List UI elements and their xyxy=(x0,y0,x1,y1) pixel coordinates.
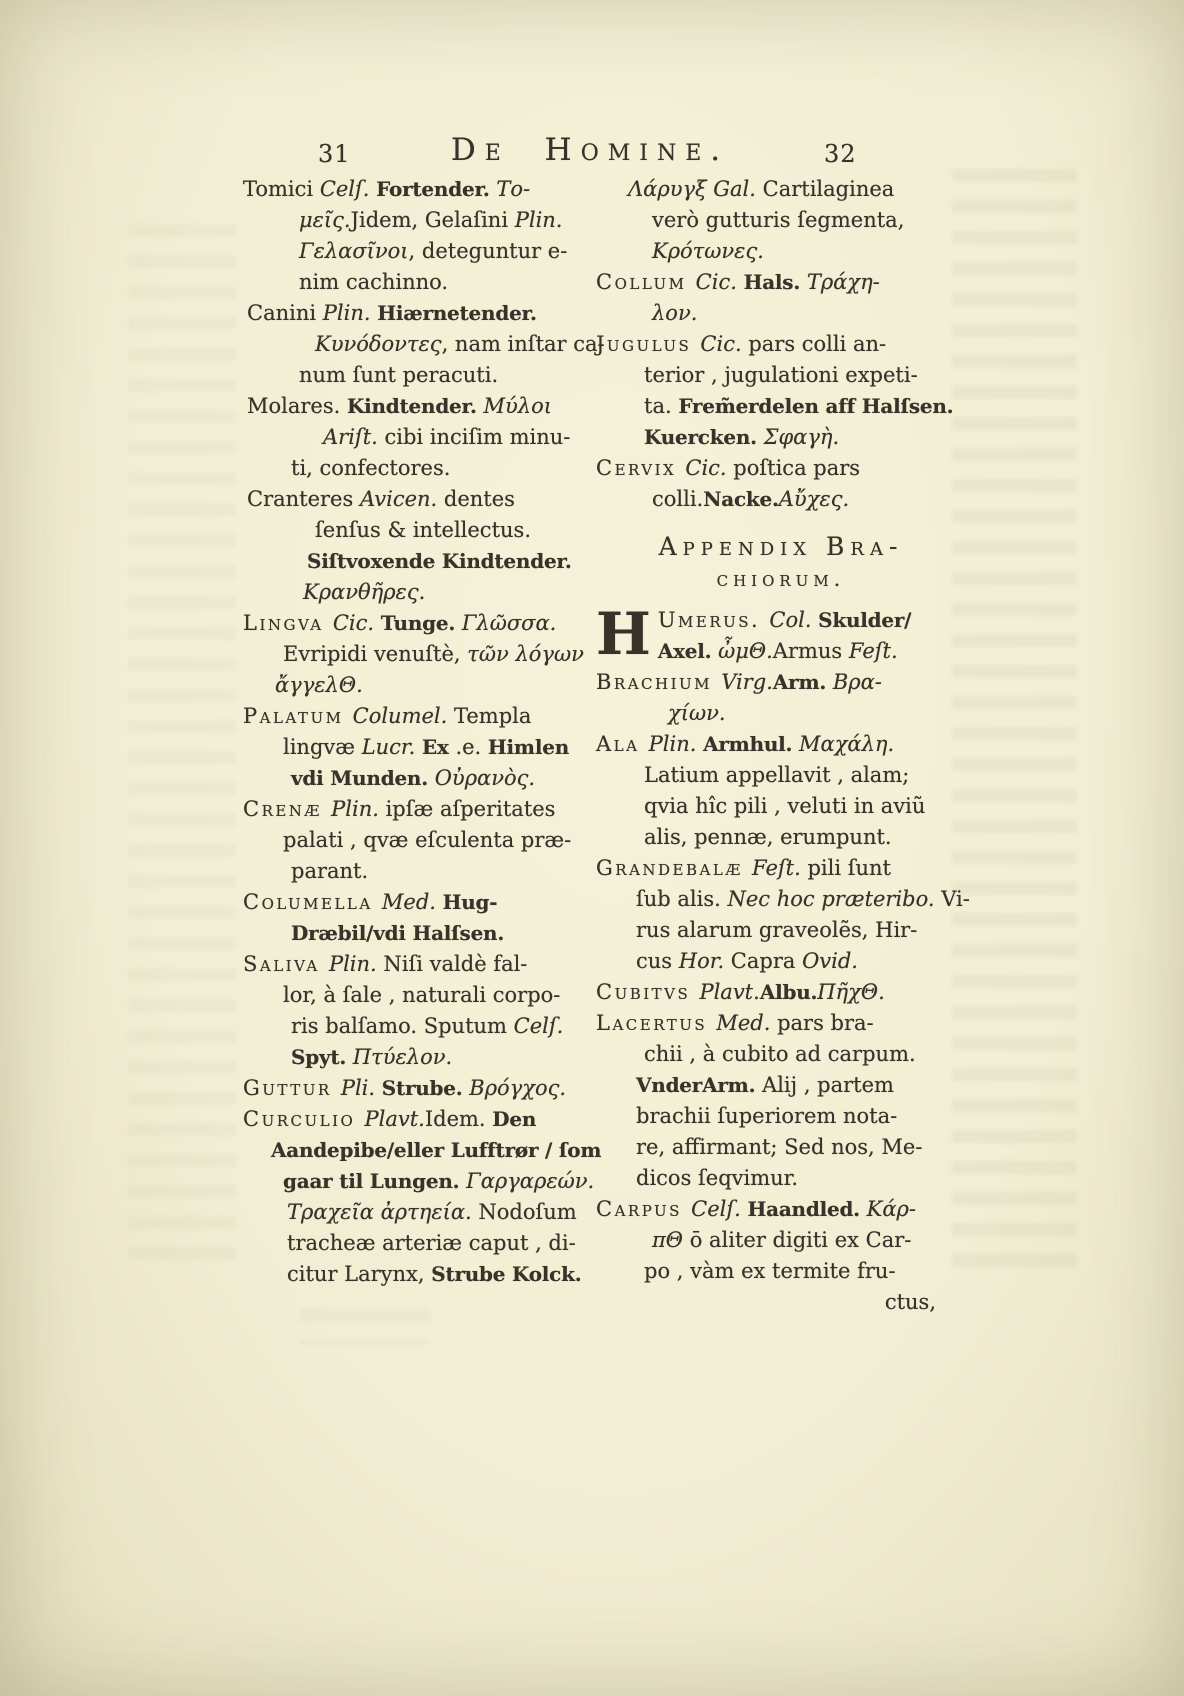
text-segment-gk: ΠῆχΘ. xyxy=(817,980,885,1004)
text-line: chii , à cubito ad carpum. xyxy=(644,1039,966,1070)
entry-cranteres: Cranteres Avicen. dentesſenſus & intelle… xyxy=(243,484,593,608)
text-line: dicos ſeqvimur. xyxy=(636,1163,966,1194)
text-segment-it: Med. xyxy=(382,890,443,914)
text-segment-rm: tracheæ arteriæ caput , di- xyxy=(287,1231,576,1255)
text-segment-rm: num ſunt peracuti. xyxy=(299,363,498,387)
text-segment-rm: Niſi valdè fal- xyxy=(383,952,527,976)
text-segment-gk: Βρα- xyxy=(833,670,882,694)
text-line: re, affirmant; Sed nos, Me- xyxy=(636,1132,966,1163)
text-segment-rm: nim cachinno. xyxy=(299,270,448,294)
text-segment-gk: Γελασῖνοι xyxy=(299,239,409,263)
text-line: tracheæ arteriæ caput , di- xyxy=(287,1228,593,1259)
text-segment-it: Feſt. xyxy=(849,639,898,663)
entry-crenae: Crenæ Plin. ipſæ aſperitatespalati , qvæ… xyxy=(243,794,593,887)
text-segment-rm: Cartilaginea xyxy=(763,177,895,201)
text-line: num ſunt peracuti. xyxy=(299,360,593,391)
text-segment-fr: Skulder/ xyxy=(818,608,911,632)
text-segment-gk: Μύλοι xyxy=(484,394,552,418)
text-segment-rm: ſenſus & intellectus. xyxy=(315,518,531,542)
entry-ala: Ala Plin. Armhul. Μαχάλη.Latium appellav… xyxy=(596,729,966,853)
entry-collum: Collum Cic. Hals. Τράχη-λον. xyxy=(596,267,966,329)
text-segment-fr: Albu. xyxy=(760,980,817,1004)
text-segment-it: Cic. xyxy=(696,270,744,294)
text-segment-fr: Aandepibe/eller Lufftrør / ſom xyxy=(271,1138,601,1162)
text-segment-rm: Idem. xyxy=(425,1107,492,1131)
text-line: lingvæ Lucr. Ex .e. Himlen xyxy=(283,732,593,763)
text-segment-fr: Himlen xyxy=(488,735,569,759)
text-segment-fr: Ex xyxy=(422,735,455,759)
text-segment-it: Feſt. xyxy=(752,856,807,880)
text-segment-fr: Kuercken. xyxy=(644,425,764,449)
text-segment-fr: Axel. xyxy=(658,639,718,663)
text-segment-gk: Πτύελον. xyxy=(353,1045,452,1069)
text-segment-rm: Latium appellavit , alam; xyxy=(644,763,909,787)
text-line: Carpus Celſ. Haandled. Κάρ- xyxy=(596,1194,966,1225)
text-segment-gk: λον. xyxy=(652,301,697,325)
text-segment-rm: Capra xyxy=(731,949,802,973)
text-segment-fr: Arm. xyxy=(773,670,833,694)
entry-lingva: Lingva Cic. Tunge. Γλῶσσα.Evripidi venuſ… xyxy=(243,608,593,701)
text-segment-fr: gaar til Lungen. xyxy=(283,1169,466,1193)
text-line: citur Larynx, Strube Kolck. xyxy=(287,1259,593,1290)
drop-cap-initial: H xyxy=(596,608,651,660)
text-segment-gk: πΘ xyxy=(652,1228,690,1252)
text-column-left: Tomici Celſ. Fortender. Το-μεῖς.Jidem, G… xyxy=(243,174,593,1290)
text-segment-hw: Curculio xyxy=(243,1107,364,1131)
text-segment-fr: Nacke. xyxy=(703,487,779,511)
page-number-right: 32 xyxy=(824,140,857,168)
text-segment-rm: brachii ſuperiorem nota- xyxy=(636,1104,897,1128)
entry-saliva: Saliva Plin. Niſi valdè fal-lor, à ſale … xyxy=(243,949,593,1073)
text-line: Brachium Virg.Arm. Βρα- xyxy=(596,667,966,698)
text-line: Γελασῖνοι, deteguntur e- xyxy=(299,236,593,267)
text-line: Latium appellavit , alam; xyxy=(644,760,966,791)
text-segment-hw: Crenæ xyxy=(243,797,331,821)
text-segment-it: Celſ. xyxy=(320,177,376,201)
text-segment-gk: Γλῶσσα. xyxy=(462,611,557,635)
text-line: Κρότωνες. xyxy=(652,236,966,267)
text-line: Collum Cic. Hals. Τράχη- xyxy=(596,267,966,298)
text-segment-it: Plin. xyxy=(515,208,563,232)
text-segment-rm: ta. xyxy=(644,394,678,418)
text-segment-rm: parant. xyxy=(291,859,368,883)
text-segment-rm: poſtica pars xyxy=(733,456,860,480)
entry-humerus: HUmerus. Col. Skulder/Axel. ὦμΘ.Armus Fe… xyxy=(596,605,966,667)
text-line: ſub alis. Nec hoc præteribo. Vi- xyxy=(636,884,966,915)
text-segment-it: Pli. xyxy=(341,1076,382,1100)
text-segment-gk: Γαργαρεών. xyxy=(466,1169,594,1193)
bleedthrough-ghost-text-left-margin xyxy=(128,215,236,1275)
text-segment-hw: Umerus. xyxy=(658,608,770,632)
text-line: Ala Plin. Armhul. Μαχάλη. xyxy=(596,729,966,760)
text-line: Saliva Plin. Niſi valdè fal- xyxy=(243,949,593,980)
text-line: Cranteres Avicen. dentes xyxy=(247,484,593,515)
text-segment-it: Ariſt. xyxy=(323,425,384,449)
text-segment-fr: Haandled. xyxy=(747,1197,866,1221)
text-segment-it: Ovid. xyxy=(802,949,858,973)
text-line: Τραχεῖα ἀρτηεία. Nodoſum xyxy=(287,1197,593,1228)
text-line: Jugulus Cic. pars colli an- xyxy=(596,329,966,360)
text-segment-hw: Jugulus xyxy=(596,332,700,356)
text-segment-rm: Nodoſum xyxy=(478,1200,576,1224)
text-segment-it: Columel. xyxy=(353,704,454,728)
text-segment-fr: Strube Kolck. xyxy=(431,1262,581,1286)
text-line: Tomici Celſ. Fortender. Το- xyxy=(243,174,593,205)
text-line: Molares. Kindtender. Μύλοι xyxy=(247,391,593,422)
text-segment-gk: Κάρ- xyxy=(867,1197,916,1221)
text-line: Aandepibe/eller Lufftrør / ſom xyxy=(271,1135,593,1166)
text-line: Umerus. Col. Skulder/ xyxy=(596,605,966,636)
text-segment-fr: Siſtvoxende Kindtender. xyxy=(307,549,572,573)
text-segment-rm: ō aliter digiti ex Car- xyxy=(690,1228,912,1252)
text-line: alis, pennæ, erumpunt. xyxy=(644,822,966,853)
text-segment-it: Plin. xyxy=(323,301,377,325)
text-line: Crenæ Plin. ipſæ aſperitates xyxy=(243,794,593,825)
text-segment-fr: VnderArm. xyxy=(636,1073,762,1097)
text-line: Evripidi venuſtè, τῶν λόγων xyxy=(283,639,593,670)
text-line: VnderArm. Alij , partem xyxy=(636,1070,966,1101)
text-segment-rm: alis, pennæ, erumpunt. xyxy=(644,825,892,849)
text-segment-rm: dentes xyxy=(444,487,515,511)
text-segment-fr: Hals. xyxy=(744,270,807,294)
text-line: colli.Nacke.Αὔχες. xyxy=(652,484,966,515)
text-line: Lingva Cic. Tunge. Γλῶσσα. xyxy=(243,608,593,639)
text-segment-fr: Kindtender. xyxy=(347,394,484,418)
text-segment-it: Cic. xyxy=(685,456,733,480)
text-segment-fr: Spyt. xyxy=(291,1045,353,1069)
text-segment-it: Celſ. xyxy=(691,1197,747,1221)
text-segment-gk: Αὔχες. xyxy=(779,487,849,511)
text-line: vdi Munden. Οὐρανὸς. xyxy=(291,763,593,794)
text-line: Spyt. Πτύελον. xyxy=(291,1042,593,1073)
text-segment-rm: Molares. xyxy=(247,394,347,418)
text-segment-fr: Frem̃erdelen aff Halſsen. xyxy=(678,394,953,418)
text-line: terior , jugulationi expeti- xyxy=(644,360,966,391)
text-line: Cervix Cic. poſtica pars xyxy=(596,453,966,484)
entry-carpus: Carpus Celſ. Haandled. Κάρ-πΘ ō aliter d… xyxy=(596,1194,966,1287)
text-line: Appendix Bra- xyxy=(596,531,966,564)
text-segment-gk: Το- xyxy=(496,177,530,201)
text-segment-rm: pars colli an- xyxy=(748,332,886,356)
running-title: De Homine. xyxy=(330,132,850,168)
entry-brachium: Brachium Virg.Arm. Βρα-χίων. xyxy=(596,667,966,729)
text-line: brachii ſuperiorem nota- xyxy=(636,1101,966,1132)
text-segment-hw: Palatum xyxy=(243,704,353,728)
text-segment-rm: citur Larynx, xyxy=(287,1262,431,1286)
text-segment-it: Gal. xyxy=(713,177,762,201)
text-segment-hw: Saliva xyxy=(243,952,329,976)
text-segment-rm: Evripidi venuſtè, xyxy=(283,642,467,666)
text-segment-rm: Vi- xyxy=(941,887,970,911)
text-line: parant. xyxy=(291,856,593,887)
text-segment-rm: cus xyxy=(636,949,679,973)
entry-columella: Columella Med. Hug-Dræbil/vdi Halſsen. xyxy=(243,887,593,949)
text-segment-gk: Βρόγχος. xyxy=(469,1076,566,1100)
text-segment-it: Lucr. xyxy=(362,735,422,759)
text-line: verò gutturis ſegmenta, xyxy=(652,205,966,236)
text-line: λον. xyxy=(652,298,966,329)
text-line: rus alarum graveolẽs, Hir- xyxy=(636,915,966,946)
entry-catchword: ctus, xyxy=(596,1287,966,1318)
text-segment-hw: Columella xyxy=(243,890,382,914)
text-segment-gk: ὦμΘ. xyxy=(718,639,773,663)
text-segment-rm: ti, confectores. xyxy=(291,456,450,480)
text-line: πΘ ō aliter digiti ex Car- xyxy=(652,1225,966,1256)
text-segment-rm: pili ſunt xyxy=(807,856,891,880)
text-segment-rm: ipſæ aſperitates xyxy=(386,797,556,821)
text-segment-gk: Τραχεῖα ἀρτηεία. xyxy=(287,1200,478,1224)
text-line: Curculio Plavt.Idem. Den xyxy=(243,1104,593,1135)
text-line: μεῖς.Jidem, Gelaſini Plin. xyxy=(299,205,593,236)
text-segment-it: Virg. xyxy=(721,670,773,694)
text-segment-fr: vdi Munden. xyxy=(291,766,435,790)
text-segment-gk: Σφαγὴ. xyxy=(764,425,840,449)
text-segment-gk: Οὐρανὸς. xyxy=(435,766,535,790)
bleedthrough-ghost-text-right-margin xyxy=(952,160,1077,1280)
text-segment-gk: Λάρυγξ xyxy=(628,177,713,201)
text-segment-it: Plin. xyxy=(331,797,385,821)
entry-appendix-brachiorum: Appendix Bra-chiorum. xyxy=(596,531,966,595)
text-segment-it: Celſ. xyxy=(514,1014,564,1038)
text-segment-gk: Μαχάλη. xyxy=(799,732,894,756)
entry-cervix: Cervix Cic. poſtica parscolli.Nacke.Αὔχε… xyxy=(596,453,966,515)
text-segment-fr: Fortender. xyxy=(376,177,496,201)
text-line: ti, confectores. xyxy=(291,453,593,484)
text-segment-it: Med. xyxy=(716,1011,777,1035)
entry-canini: Canini Plin. Hiærnetender.Κυνόδοντες, na… xyxy=(243,298,593,391)
text-segment-fr: Strube. xyxy=(382,1076,470,1100)
text-line: Cubitvs Plavt.Albu.ΠῆχΘ. xyxy=(596,977,966,1008)
text-segment-rm: lingvæ xyxy=(283,735,362,759)
text-segment-rm: .e. xyxy=(455,735,487,759)
text-line: Siſtvoxende Kindtender. xyxy=(307,546,593,577)
text-segment-hw: Carpus xyxy=(596,1197,691,1221)
text-segment-hw: Lingva xyxy=(243,611,333,635)
text-line: Dræbil/vdi Halſsen. xyxy=(291,918,593,949)
text-segment-rm: ctus, xyxy=(885,1290,936,1314)
text-segment-rm: ris balſamo. Sputum xyxy=(291,1014,514,1038)
text-segment-rm: dicos ſeqvimur. xyxy=(636,1166,798,1190)
entry-grandebalae: Grandebalæ Feſt. pili ſuntſub alis. Nec … xyxy=(596,853,966,977)
text-segment-rm: Cranteres xyxy=(247,487,360,511)
text-segment-rm: ſub alis. xyxy=(636,887,728,911)
entry-molares: Molares. Kindtender. ΜύλοιAriſt. cibi in… xyxy=(243,391,593,484)
text-line: cus Hor. Capra Ovid. xyxy=(636,946,966,977)
entry-guttur: Guttur Pli. Strube. Βρόγχος. xyxy=(243,1073,593,1104)
text-segment-hw: Guttur xyxy=(243,1076,341,1100)
text-line: Κυνόδοντες, nam inſtar ca- xyxy=(315,329,593,360)
text-segment-it: Cic. xyxy=(333,611,381,635)
text-line: Κρανθῆρες. xyxy=(303,577,593,608)
text-segment-gk: Κρότωνες. xyxy=(652,239,764,263)
text-segment-gk: Τράχη- xyxy=(807,270,880,294)
text-line: Lacertus Med. pars bra- xyxy=(596,1008,966,1039)
text-segment-hd2: chiorum. xyxy=(717,567,846,591)
text-line: ta. Frem̃erdelen aff Halſsen. xyxy=(644,391,966,422)
text-line: Kuercken. Σφαγὴ. xyxy=(644,422,966,453)
text-line: Columella Med. Hug- xyxy=(243,887,593,918)
text-segment-rm: Alij , partem xyxy=(762,1073,894,1097)
text-segment-rm: , nam inſtar ca- xyxy=(442,332,605,356)
text-segment-rm: re, affirmant; Sed nos, Me- xyxy=(636,1135,922,1159)
text-segment-hw: Lacertus xyxy=(596,1011,716,1035)
text-segment-rm: po , vàm ex termite fru- xyxy=(644,1259,896,1283)
text-line: palati , qvæ eſculenta præ- xyxy=(283,825,593,856)
text-line: qvia hîc pili , veluti in aviũ xyxy=(644,791,966,822)
text-segment-rm: rus alarum graveolẽs, Hir- xyxy=(636,918,917,942)
text-segment-gk: ἄγγελΘ. xyxy=(275,673,363,697)
text-line: Λάρυγξ Gal. Cartilaginea xyxy=(628,174,966,205)
entry-lacertus: Lacertus Med. pars bra-chii , à cubito a… xyxy=(596,1008,966,1194)
text-segment-rm: Jidem, Gelaſini xyxy=(351,208,515,232)
entry-cubitvs: Cubitvs Plavt.Albu.ΠῆχΘ. xyxy=(596,977,966,1008)
text-segment-rm: Canini xyxy=(247,301,323,325)
text-line: Canini Plin. Hiærnetender. xyxy=(247,298,593,329)
text-segment-it: Plavt. xyxy=(699,980,759,1004)
text-line: ctus, xyxy=(596,1287,966,1318)
text-segment-rm: palati , qvæ eſculenta præ- xyxy=(283,828,571,852)
text-segment-fr: Tunge. xyxy=(381,611,462,635)
text-segment-hd: Appendix Bra- xyxy=(659,532,904,561)
text-column-right: Λάρυγξ Gal. Cartilagineaverò gutturis ſe… xyxy=(596,174,966,1318)
text-segment-rm: lor, à ſale , naturali corpo- xyxy=(283,983,560,1007)
text-segment-fr: Hiærnetender. xyxy=(377,301,537,325)
text-segment-it: Cic. xyxy=(700,332,748,356)
text-segment-hw: Cubitvs xyxy=(596,980,699,1004)
text-line: Axel. ὦμΘ.Armus Feſt. xyxy=(596,636,966,667)
text-line: nim cachinno. xyxy=(299,267,593,298)
text-segment-gk: μεῖς. xyxy=(299,208,351,232)
text-segment-it: Plin. xyxy=(649,732,703,756)
text-segment-gk: Κυνόδοντες xyxy=(315,332,442,356)
text-line: chiorum. xyxy=(596,564,966,595)
text-segment-it: Avicen. xyxy=(360,487,444,511)
text-line: ris balſamo. Sputum Celſ. xyxy=(291,1011,593,1042)
text-segment-fr: Armhul. xyxy=(703,732,799,756)
text-segment-it: Plin. xyxy=(329,952,383,976)
entry-larynx: Λάρυγξ Gal. Cartilagineaverò gutturis ſe… xyxy=(596,174,966,267)
text-segment-gk: χίων. xyxy=(668,701,726,725)
text-segment-hw: Cervix xyxy=(596,456,685,480)
text-line: po , vàm ex termite fru- xyxy=(644,1256,966,1287)
text-segment-fr: Den xyxy=(492,1107,536,1131)
text-segment-it: Plavt. xyxy=(364,1107,424,1131)
text-segment-it: Hor. xyxy=(679,949,731,973)
text-segment-rm: cibi inciſim minu- xyxy=(384,425,570,449)
text-segment-it: Nec hoc præteribo. xyxy=(728,887,942,911)
text-segment-rm: pars bra- xyxy=(777,1011,874,1035)
book-page-scan: 31 De Homine. 32 Tomici Celſ. Fortender.… xyxy=(0,0,1184,1696)
text-line: gaar til Lungen. Γαργαρεών. xyxy=(283,1166,593,1197)
text-line: χίων. xyxy=(668,698,966,729)
text-segment-it: Col. xyxy=(769,608,818,632)
entry-palatum: Palatum Columel. Templalingvæ Lucr. Ex .… xyxy=(243,701,593,794)
text-segment-rm: , deteguntur e- xyxy=(409,239,568,263)
text-segment-fr: Hug- xyxy=(443,890,498,914)
text-line: Ariſt. cibi inciſim minu- xyxy=(323,422,593,453)
text-segment-rm: terior , jugulationi expeti- xyxy=(644,363,918,387)
text-segment-hw: Collum xyxy=(596,270,696,294)
text-line: ſenſus & intellectus. xyxy=(315,515,593,546)
text-segment-hw: Grandebalæ xyxy=(596,856,752,880)
text-segment-gk: Κρανθῆρες. xyxy=(303,580,425,604)
text-segment-fr: Dræbil/vdi Halſsen. xyxy=(291,921,504,945)
entry-jugulus: Jugulus Cic. pars colli an-terior , jugu… xyxy=(596,329,966,453)
text-segment-rm: Armus xyxy=(773,639,849,663)
text-segment-rm: colli. xyxy=(652,487,703,511)
entry-curculio: Curculio Plavt.Idem. DenAandepibe/eller … xyxy=(243,1104,593,1290)
text-segment-gk: τῶν λόγων xyxy=(467,642,584,666)
text-segment-rm: chii , à cubito ad carpum. xyxy=(644,1042,916,1066)
text-segment-hw: Ala xyxy=(596,732,649,756)
bleedthrough-ghost-text-bottom xyxy=(300,1300,430,1345)
text-line: lor, à ſale , naturali corpo- xyxy=(283,980,593,1011)
text-segment-rm: qvia hîc pili , veluti in aviũ xyxy=(644,794,925,818)
text-line: Grandebalæ Feſt. pili ſunt xyxy=(596,853,966,884)
text-line: Guttur Pli. Strube. Βρόγχος. xyxy=(243,1073,593,1104)
text-segment-rm: verò gutturis ſegmenta, xyxy=(652,208,904,232)
text-segment-rm: Tomici xyxy=(243,177,320,201)
text-segment-rm: Templa xyxy=(454,704,531,728)
text-line: ἄγγελΘ. xyxy=(275,670,593,701)
text-segment-hw: Brachium xyxy=(596,670,721,694)
entry-tomici: Tomici Celſ. Fortender. Το-μεῖς.Jidem, G… xyxy=(243,174,593,298)
text-line: Palatum Columel. Templa xyxy=(243,701,593,732)
